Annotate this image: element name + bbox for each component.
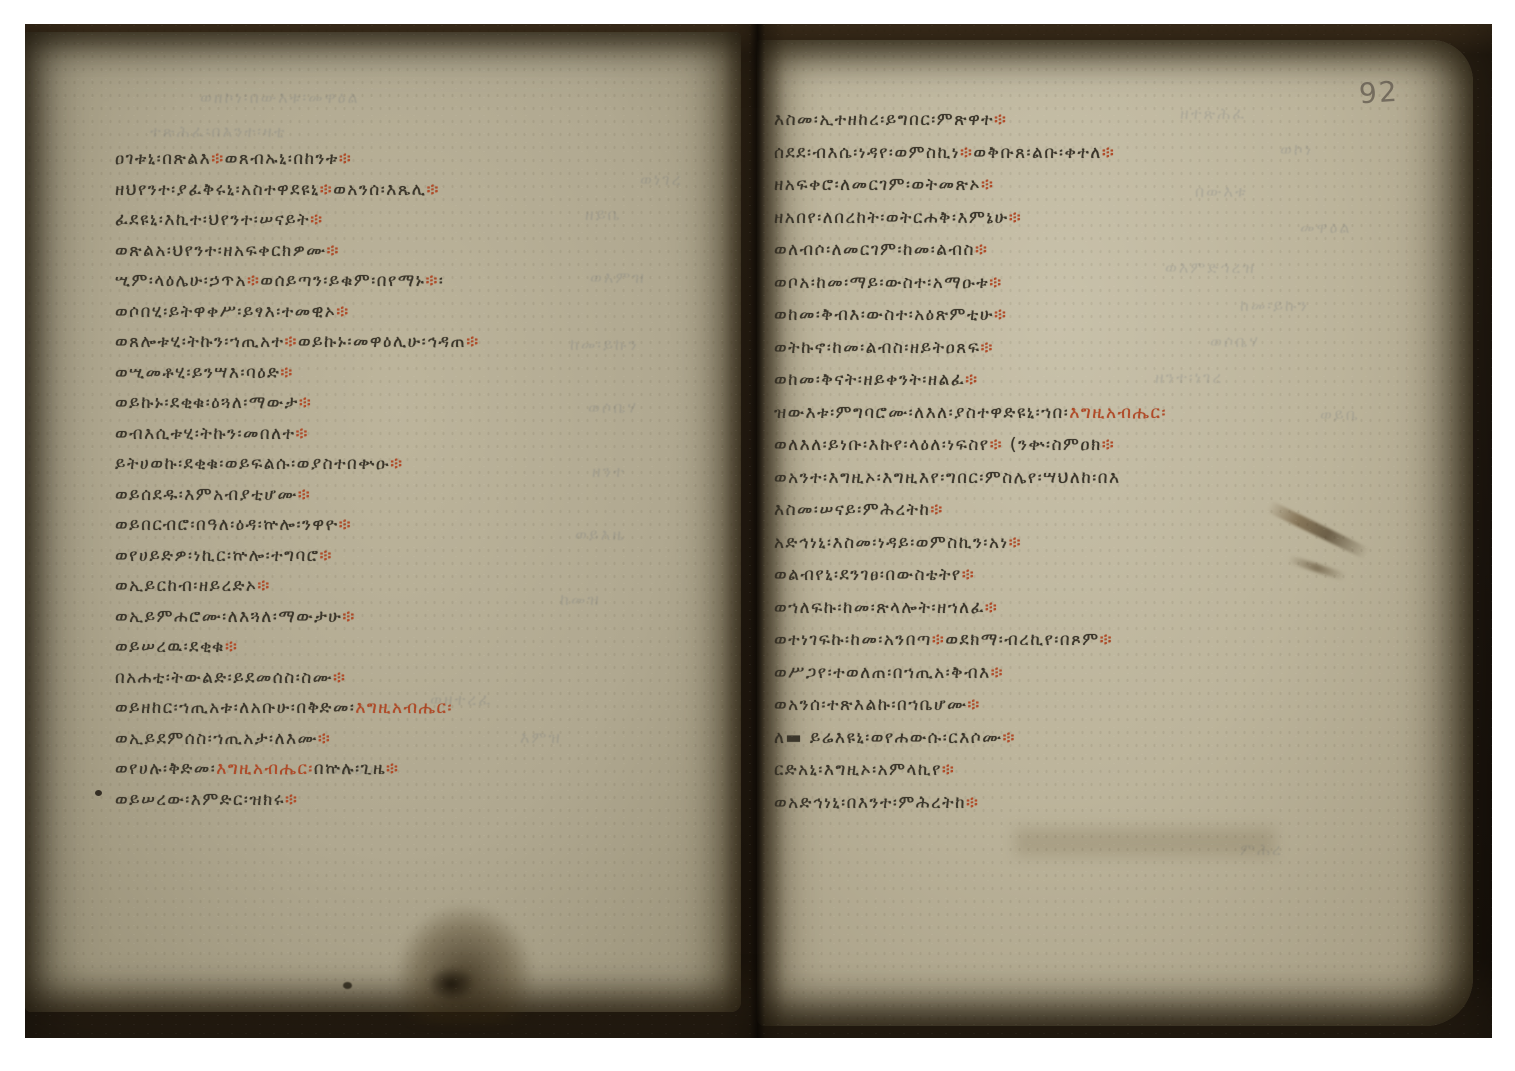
rubric-segment: ፨ bbox=[339, 515, 352, 535]
ink-segment: ወለብሶ፡ለመርገም፡ከመ፡ልብስ bbox=[774, 240, 975, 260]
ink-segment: ወጸሎቱሂ፡ትኩን፡ኀጢአተ bbox=[115, 332, 285, 352]
ink-segment: ወከመ፡ቅናት፡ዘይቀንት፡ዘልፈ bbox=[774, 370, 965, 390]
text-line: ዐገቱኒ፡በጽልእ፨ወጸብኡኒ፡በከንቱ፨ bbox=[115, 144, 480, 175]
bleedthrough-text: በውእቱ bbox=[1195, 182, 1248, 202]
rubric-segment: ፨ bbox=[1003, 728, 1016, 748]
text-line: እስመ፡ኢተዘከረ፡ይግበር፡ምጽዋተ፨ bbox=[774, 104, 1167, 137]
ink-segment: ወይሠረው፡እምድር፡ዝክሩ bbox=[115, 790, 285, 810]
bleedthrough-text: ከመ፡ይኩን bbox=[1240, 296, 1309, 316]
rubric-segment: ፨ bbox=[336, 302, 349, 322]
rubric-segment: ፨ bbox=[975, 240, 988, 260]
text-line: ወአንተ፡እግዚኦ፡እግዚእየ፡ግበር፡ምስሌየ፡ሣህለከ፡በእ bbox=[774, 462, 1167, 495]
ink-segment: እስመ፡ሠናይ፡ምሕረትከ bbox=[774, 500, 930, 520]
text-line: ወኀለፍኩ፡ከመ፡ጽላሎት፡ዘኀለፈ፨ bbox=[774, 592, 1167, 625]
text-line: ለ▬ ይሬእዩኒ፡ወየሐውሱ፡ርእሶሙ፨ bbox=[774, 722, 1167, 755]
ink-segment: ሰደደ፡ብእሴ፡ነዳየ፡ወምስኪነ bbox=[774, 143, 960, 163]
bleedthrough-text: ምሕረ bbox=[1240, 840, 1283, 860]
ink-segment: ዘአበየ፡ለበረከት፡ወትርሐቅ፡እምኔሁ bbox=[774, 208, 1009, 228]
ink-segment: ወጽልአ፡ህየንተ፡ዘአፍቀርክዎሙ bbox=[115, 241, 327, 261]
ink-segment: ወቦአ፡ከመ፡ማይ፡ውስተ፡አማዑቱ bbox=[774, 273, 989, 293]
right-page-text: እስመ፡ኢተዘከረ፡ይግበር፡ምጽዋተ፨ሰደደ፡ብእሴ፡ነዳየ፡ወምስኪነ፨ወቅ… bbox=[774, 104, 1167, 819]
rubric-segment: ፨ bbox=[965, 370, 978, 390]
text-line: ዘአፍቀሮ፡ለመርገም፡ወትመጽኦ፨ bbox=[774, 169, 1167, 202]
rubric-segment: ፨ bbox=[1009, 533, 1022, 553]
text-line: ወይዘከር፡ኀጢአቱ፡ለአቡሁ፡በቅድመ፡እግዚአብሔር፡ bbox=[115, 693, 480, 724]
rubric-segment: ፨ bbox=[342, 607, 355, 627]
rubric-segment: ፨ bbox=[1009, 208, 1022, 228]
text-line: ወኢይርከብ፡ዘይረድኦ፨ bbox=[115, 571, 480, 602]
rubric-segment: ፨ bbox=[339, 149, 352, 169]
rubric-segment: ፨ bbox=[320, 546, 333, 566]
bleedthrough-text: ወእምድኅረዝ bbox=[1165, 258, 1256, 278]
ink-segment: ወይበርብሮ፡በዓለ፡ዕዳ፡ኵሎ፡ንዋዮ bbox=[115, 515, 339, 535]
rubric-segment: ፨ bbox=[989, 273, 1002, 293]
rubric-segment: ፨ bbox=[298, 485, 311, 505]
text-line: ዘአበየ፡ለበረከት፡ወትርሐቅ፡እምኔሁ፨ bbox=[774, 202, 1167, 235]
left-page-text: ዐገቱኒ፡በጽልእ፨ወጸብኡኒ፡በከንቱ፨ዘህየንተ፡ያፈቅሩኒ፡አስተዋደዩኒ… bbox=[115, 144, 480, 815]
rubric-segment: ፨ bbox=[967, 695, 980, 715]
ink-segment: ወይሠረዉ፡ደቂቁ bbox=[115, 637, 225, 657]
rubric-segment: ፨ bbox=[247, 271, 260, 291]
text-line: ወሶበሂ፡ይትዋቀሥ፡ይፃእ፡ተመዊኦ፨ bbox=[115, 297, 480, 328]
text-line: ዝውእቱ፡ምግባሮሙ፡ለእለ፡ያስተዋድዩኒ፡ኀበ፡እግዚአብሔር፡ bbox=[774, 397, 1167, 430]
ink-segment: በኵሉ፡ጊዜ bbox=[314, 759, 386, 779]
text-line: ወለእለ፡ይነቡ፡እኩየ፡ላዕለ፡ነፍስየ፨ (ንቍ፡ስምዐክ፨ bbox=[774, 429, 1167, 462]
ink-segment: ለ▬ ይሬእዩኒ፡ወየሐውሱ፡ርእሶሙ bbox=[774, 728, 1003, 748]
rubric-segment: ፨ bbox=[211, 149, 224, 169]
rubric-segment: ፨ bbox=[285, 790, 298, 810]
text-line: ፈደዩኒ፡እኪተ፡ህየንተ፡ሠናይት፨ bbox=[115, 205, 480, 236]
ink-segment: ወከመ፡ቅብእ፡ውስተ፡አዕጽምቲሁ bbox=[774, 305, 994, 325]
ink-segment: ይትሀወኩ፡ደቂቁ፡ወይፍልሱ፡ወያስተበቍዑ bbox=[115, 454, 390, 474]
text-line: ወጽልአ፡ህየንተ፡ዘአፍቀርክዎሙ፨ bbox=[115, 236, 480, 267]
ink-segment: ወኀለፍኩ፡ከመ፡ጽላሎት፡ዘኀለፈ bbox=[774, 598, 985, 618]
text-line: ወሥጋየ፡ተወለጠ፡በኀጢአ፡ቅብእ፨ bbox=[774, 657, 1167, 690]
ink-segment: ወሶበሂ፡ይትዋቀሥ፡ይፃእ፡ተመዊኦ bbox=[115, 302, 336, 322]
rubric-segment: ፨ bbox=[296, 424, 309, 444]
ink-segment: ወኢይደምሰስ፡ኀጢአታ፡ለእሙ bbox=[115, 729, 318, 749]
bleedthrough-text: ዘተጽሕፈ bbox=[1180, 104, 1246, 124]
ink-segment: ዘህየንተ፡ያፈቅሩኒ፡አስተዋደዩኒ bbox=[115, 180, 320, 200]
bleedthrough-text: ወይቤ bbox=[1320, 405, 1360, 425]
text-line: ርድአኒ፡እግዚኦ፡አምላኪየ፨ bbox=[774, 754, 1167, 787]
text-line: ወተነገፍኩ፡ከመ፡አንበጣ፨ወደክማ፡ብረኪየ፡በጾም፨ bbox=[774, 624, 1167, 657]
ink-segment: ወይኩኑ፡መዋዕሊሁ፡ኅዳጠ bbox=[298, 332, 466, 352]
ink-segment: ወጸብኡኒ፡በከንቱ bbox=[225, 149, 339, 169]
rubric-segment: ፨ bbox=[994, 305, 1007, 325]
rubric-segment: ፨ bbox=[1102, 435, 1115, 455]
ink-segment: ወአንሰ፡ተጽእልኩ፡በኀቤሆሙ bbox=[774, 695, 967, 715]
text-line: ወየሀይድዎ፡ነኪር፡ኵሎ፡ተግባሮ፨ bbox=[115, 541, 480, 572]
ink-segment: ወይሰደዱ፡እምአብያቲሆሙ bbox=[115, 485, 298, 505]
book-gutter bbox=[723, 24, 785, 1038]
text-line: በአሐቲ፡ትውልድ፡ይደመሰስ፡ስሙ፨ bbox=[115, 663, 480, 694]
rubric-segment: ፨ bbox=[966, 793, 979, 813]
ink-segment: ወሥጋየ፡ተወለጠ፡በኀጢአ፡ቅብእ bbox=[774, 663, 991, 683]
rubric-segment: ፨ bbox=[285, 332, 298, 352]
rubric-segment: ፨ bbox=[386, 759, 399, 779]
text-line: ወይሠረው፡እምድር፡ዝክሩ፨ bbox=[115, 785, 480, 816]
ink-segment: ወቅቡጸ፡ልቡ፡ቀተለ bbox=[973, 143, 1101, 163]
text-line: ወይበርብሮ፡በዓለ፡ዕዳ፡ኵሎ፡ንዋዮ፨ bbox=[115, 510, 480, 541]
text-line: ይትሀወኩ፡ደቂቁ፡ወይፍልሱ፡ወያስተበቍዑ፨ bbox=[115, 449, 480, 480]
text-line: ወኢይደምሰስ፡ኀጢአታ፡ለእሙ፨ bbox=[115, 724, 480, 755]
ink-segment: ወይኩኑ፡ደቂቁ፡ዕጓለ፡ማውታ bbox=[115, 393, 299, 413]
rubric-segment: ፨ bbox=[390, 454, 403, 474]
text-line: ሰደደ፡ብእሴ፡ነዳየ፡ወምስኪነ፨ወቅቡጸ፡ልቡ፡ቀተለ፨ bbox=[774, 137, 1167, 170]
text-line: ወሢመቶሂ፡ይንሣእ፡ባዕድ፨ bbox=[115, 358, 480, 389]
ink-segment: ወተነገፍኩ፡ከመ፡አንበጣ bbox=[774, 630, 932, 650]
rubric-segment: ፨ bbox=[932, 630, 945, 650]
ink-segment: እስመ፡ኢተዘከረ፡ይግበር፡ምጽዋተ bbox=[774, 110, 994, 130]
ink-segment: ወአንሰ፡እጼሊ bbox=[333, 180, 426, 200]
ink-segment: ወሰይጣን፡ይቁም፡በየማኑ bbox=[260, 271, 425, 291]
ink-segment: ፡ bbox=[439, 271, 445, 291]
text-line: ወይሰደዱ፡እምአብያቲሆሙ፨ bbox=[115, 480, 480, 511]
rubric-segment: ፨ bbox=[318, 729, 331, 749]
rubric-segment: ፨ bbox=[980, 338, 993, 358]
ink-segment: (ንቍ፡ስምዐክ bbox=[1003, 435, 1102, 455]
ink-segment: ወሢመቶሂ፡ይንሣእ፡ባዕድ bbox=[115, 363, 280, 383]
text-line: ወብእሲቱሂ፡ትኩን፡መበለተ፨ bbox=[115, 419, 480, 450]
text-line: ወትኩኖ፡ከመ፡ልብስ፡ዘይትዐጸፍ፨ bbox=[774, 332, 1167, 365]
text-line: ወከመ፡ቅብእ፡ውስተ፡አዕጽምቲሁ፨ bbox=[774, 299, 1167, 332]
rubric-segment: ፨ bbox=[225, 637, 238, 657]
rubric-segment: ፨ bbox=[310, 210, 323, 230]
text-line: አድኅነኒ፡እስመ፡ነዳይ፡ወምስኪን፡አነ፨ bbox=[774, 527, 1167, 560]
rubric-segment: ፨ bbox=[994, 110, 1007, 130]
rubric-segment: እግዚአብሔር፡ bbox=[1069, 403, 1167, 423]
bleedthrough-text: ወሶቤሃ bbox=[1210, 332, 1260, 352]
ink-segment: ወየሀይድዎ፡ነኪር፡ኵሎ፡ተግባሮ bbox=[115, 546, 320, 566]
rubric-segment: ፨ bbox=[327, 241, 340, 261]
rubric-segment: ፨ bbox=[960, 143, 973, 163]
rubric-segment: ፨ bbox=[425, 271, 438, 291]
rubric-segment: ፨ bbox=[990, 435, 1003, 455]
text-line: ወይኩኑ፡ደቂቁ፡ዕጓለ፡ማውታ፨ bbox=[115, 388, 480, 419]
text-line: ወይሠረዉ፡ደቂቁ፨ bbox=[115, 632, 480, 663]
ink-segment: ወኢይርከብ፡ዘይረድኦ bbox=[115, 576, 257, 596]
rubric-segment: ፨ bbox=[1102, 143, 1115, 163]
rubric-segment: ፨ bbox=[942, 760, 955, 780]
ink-segment: ወይዘከር፡ኀጢአቱ፡ለአቡሁ፡በቅድመ፡ bbox=[115, 698, 355, 718]
rubric-segment: ፨ bbox=[299, 393, 312, 413]
rubric-segment: ፨ bbox=[466, 332, 479, 352]
ink-segment: ወለእለ፡ይነቡ፡እኩየ፡ላዕለ፡ነፍስየ bbox=[774, 435, 990, 455]
rubric-segment: እግዚአብሔር፡ bbox=[216, 759, 314, 779]
ink-segment: ወአንተ፡እግዚኦ፡እግዚእየ፡ግበር፡ምስሌየ፡ሣህለከ፡በእ bbox=[774, 468, 1121, 488]
rubric-segment: እግዚአብሔር፡ bbox=[355, 698, 453, 718]
ink-segment: ዐገቱኒ፡በጽልእ bbox=[115, 149, 211, 169]
ink-segment: ርድአኒ፡እግዚኦ፡አምላኪየ bbox=[774, 760, 942, 780]
manuscript-photo: ወዘኮነ፡በውእቱ፡መዋዕልተጽሕፈ፡በእንተ፡ዛቲወነገረዘይቤወእምዝከመ፡… bbox=[25, 24, 1492, 1038]
text-line: ወየሀሉ፡ቅድመ፡እግዚአብሔር፡በኵሉ፡ጊዜ፨ bbox=[115, 754, 480, 785]
rubric-segment: ፨ bbox=[981, 175, 994, 195]
ink-segment: ፈደዩኒ፡እኪተ፡ህየንተ፡ሠናይት bbox=[115, 210, 310, 230]
text-line: ወልብየኒ፡ደንገፀ፡በውስቴትየ፨ bbox=[774, 559, 1167, 592]
text-line: ዘህየንተ፡ያፈቅሩኒ፡አስተዋደዩኒ፨ወአንሰ፡እጼሊ፨ bbox=[115, 175, 480, 206]
text-line: ወኢይምሐሮሙ፡ለእጓለ፡ማውታሁ፨ bbox=[115, 602, 480, 633]
rubric-segment: ፨ bbox=[962, 565, 975, 585]
text-line: ወአንሰ፡ተጽእልኩ፡በኀቤሆሙ፨ bbox=[774, 689, 1167, 722]
rubric-segment: ፨ bbox=[930, 500, 943, 520]
ink-segment: ወብእሲቱሂ፡ትኩን፡መበለተ bbox=[115, 424, 296, 444]
rubric-segment: ፨ bbox=[985, 598, 998, 618]
ink-segment: ወአድኅነኒ፡በእንተ፡ምሕረትከ bbox=[774, 793, 966, 813]
text-line: ወቦአ፡ከመ፡ማይ፡ውስተ፡አማዑቱ፨ bbox=[774, 267, 1167, 300]
bleedthrough-text: ወኮነ bbox=[1280, 140, 1313, 160]
rubric-segment: ፨ bbox=[257, 576, 270, 596]
ink-segment: አድኅነኒ፡እስመ፡ነዳይ፡ወምስኪን፡አነ bbox=[774, 533, 1009, 553]
rubric-segment: ፨ bbox=[991, 663, 1004, 683]
ink-segment: በአሐቲ፡ትውልድ፡ይደመሰስ፡ስሙ bbox=[115, 668, 333, 688]
rubric-segment: ፨ bbox=[1100, 630, 1113, 650]
bleedthrough-text: መዋዕል bbox=[1300, 218, 1352, 238]
text-line: ሢም፡ላዕሌሁ፡ኃጥአ፨ወሰይጣን፡ይቁም፡በየማኑ፨፡ bbox=[115, 266, 480, 297]
ink-segment: ወደክማ፡ብረኪየ፡በጾም bbox=[945, 630, 1099, 650]
text-line: ወለብሶ፡ለመርገም፡ከመ፡ልብስ፨ bbox=[774, 234, 1167, 267]
text-line: ወጸሎቱሂ፡ትኩን፡ኀጢአተ፨ወይኩኑ፡መዋዕሊሁ፡ኅዳጠ፨ bbox=[115, 327, 480, 358]
rubric-segment: ፨ bbox=[320, 180, 333, 200]
ink-segment: ዘአፍቀሮ፡ለመርገም፡ወትመጽኦ bbox=[774, 175, 981, 195]
folio-number: 92 bbox=[1358, 75, 1400, 111]
ink-segment: ወልብየኒ፡ደንገፀ፡በውስቴትየ bbox=[774, 565, 962, 585]
text-line: እስመ፡ሠናይ፡ምሕረትከ፨ bbox=[774, 494, 1167, 527]
ink-segment: ወኢይምሐሮሙ፡ለእጓለ፡ማውታሁ bbox=[115, 607, 342, 627]
ink-segment: ሢም፡ላዕሌሁ፡ኃጥአ bbox=[115, 271, 247, 291]
rubric-segment: ፨ bbox=[426, 180, 439, 200]
text-line: ወአድኅነኒ፡በእንተ፡ምሕረትከ፨ bbox=[774, 787, 1167, 820]
ink-segment: ወየሀሉ፡ቅድመ፡ bbox=[115, 759, 216, 779]
rubric-segment: ፨ bbox=[280, 363, 293, 383]
text-line: ወከመ፡ቅናት፡ዘይቀንት፡ዘልፈ፨ bbox=[774, 364, 1167, 397]
ink-segment: ዝውእቱ፡ምግባሮሙ፡ለእለ፡ያስተዋድዩኒ፡ኀበ፡ bbox=[774, 403, 1069, 423]
ink-segment: ወትኩኖ፡ከመ፡ልብስ፡ዘይትዐጸፍ bbox=[774, 338, 980, 358]
rubric-segment: ፨ bbox=[333, 668, 346, 688]
